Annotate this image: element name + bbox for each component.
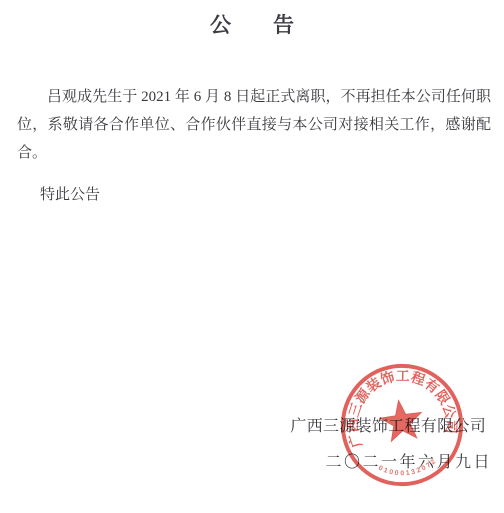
company-seal: 广西三源装饰工程有限公司 01000132072: [324, 347, 480, 503]
closing-phrase: 特此公告: [40, 183, 100, 204]
announcement-document: 公 告 吕观成先生于 2021 年 6 月 8 日起正式离职，不再担任本公司任何…: [0, 0, 504, 513]
body-paragraph: 吕观成先生于 2021 年 6 月 8 日起正式离职，不再担任本公司任何职位，系…: [17, 83, 491, 167]
document-title: 公 告: [0, 9, 504, 39]
seal-star-icon: [378, 398, 424, 443]
